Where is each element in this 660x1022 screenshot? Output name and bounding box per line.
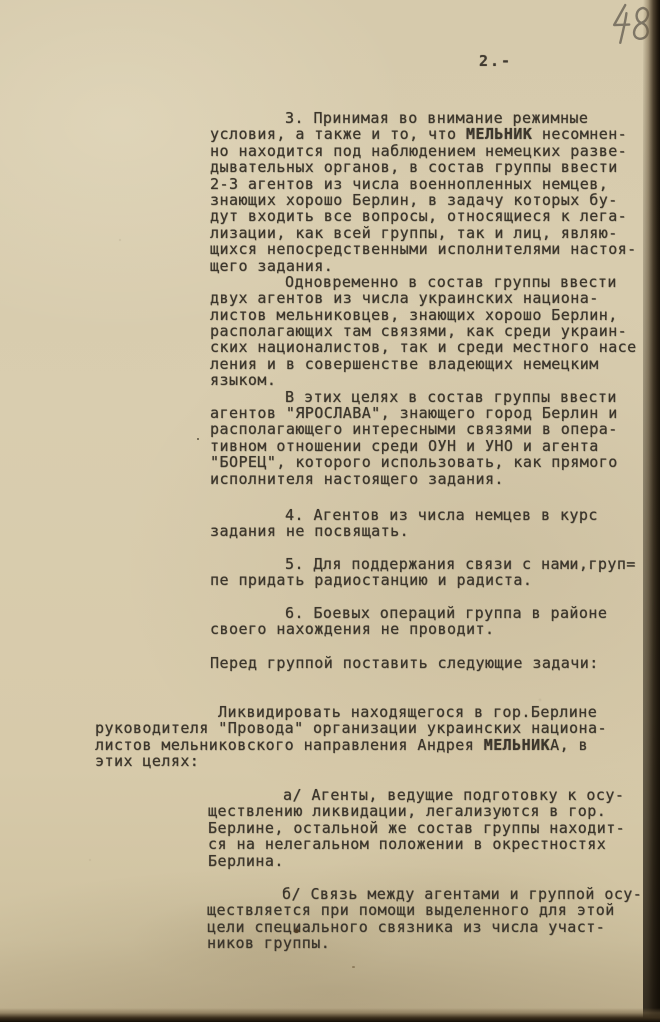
subparagraph-b: б/ Связь между агентами и группой осу-ще… — [207, 886, 642, 952]
text-line: 6. Боевых операций группа в районе — [210, 605, 607, 621]
text-line: пе придать радиостанцию и радиста. — [210, 572, 636, 588]
text-line: а/ Агенты, ведущие подготовку к осу- — [208, 787, 625, 803]
text-line: тивном отношении среди ОУН и УНО и агент… — [210, 438, 637, 454]
text-line: своего нахождения не проводит. — [210, 621, 607, 637]
text-line: ществлению ликвидации, легализуются в го… — [208, 803, 625, 819]
text-line: ществляется при помощи выделенного для э… — [207, 902, 642, 918]
text-line: Перед группой поставить следующие задачи… — [210, 655, 599, 671]
subparagraph-a: а/ Агенты, ведущие подготовку к осу-щест… — [208, 787, 625, 869]
text-line: ся на нелегальном положении в окрестност… — [208, 836, 625, 852]
text-line: 3. Принимая во внимание режимные — [210, 110, 637, 126]
text-line: лизации, как всей группы, так и лиц, явл… — [210, 225, 637, 241]
text-line: 4. Агентов из числа немцев в курс — [210, 507, 598, 523]
text-line: "БОРЕЦ", которого использовать, как прям… — [210, 454, 637, 470]
text-line: ских националистов, так и среди местного… — [210, 339, 637, 355]
text-line: условия, а также и то, что МЕЛЬНИК несом… — [210, 126, 637, 142]
text-line: языком. — [210, 372, 637, 388]
text-line: дывательных органов, в состав группы вве… — [210, 159, 637, 175]
text-line: руководителя "Провода" организации украи… — [95, 720, 607, 736]
paper-speck — [294, 929, 299, 933]
tasks-heading: Перед группой поставить следующие задачи… — [210, 655, 599, 671]
paragraph-4: 4. Агентов из числа немцев в курсзадания… — [210, 507, 598, 540]
text-line: но находится под наблюдением немецких ра… — [210, 143, 637, 159]
text-line: двух агентов из числа украинских национа… — [210, 290, 637, 306]
text-line: ников группы. — [207, 935, 642, 951]
text-line: ления и в совершенстве владеющих немецки… — [210, 356, 637, 372]
text-line: Одновременно в состав группы ввести — [210, 274, 637, 290]
paragraph-3: 3. Принимая во внимание режимныеусловия,… — [210, 110, 637, 487]
text-line: 5. Для поддержания связи с нами,груп= — [210, 556, 636, 572]
text-line: этих целях: — [95, 753, 607, 769]
text-line: цели специального связника из числа учас… — [207, 919, 642, 935]
text-line: В этих целях в состав группы ввести — [210, 389, 637, 405]
text-line: располагающих там связями, как среди укр… — [210, 323, 637, 339]
text-line: Ликвидировать находящегося в гор.Берлине — [95, 704, 607, 720]
text-line: щего задания. — [210, 258, 637, 274]
paragraph-6: 6. Боевых операций группа в районесвоего… — [210, 605, 607, 638]
paper-speck — [197, 438, 199, 440]
text-line: Берлина. — [208, 853, 625, 869]
text-line: дут входить все вопросы, относящиеся к л… — [210, 208, 637, 224]
text-line: задания не посвящать. — [210, 523, 598, 539]
text-line: листов мельниковского направления Андрея… — [95, 737, 607, 753]
text-line: исполнителя настоящего задания. — [210, 471, 637, 487]
text-line: Берлине, остальной же состав группы нахо… — [208, 820, 625, 836]
text-line: щихся непосредственными исполнителями на… — [210, 241, 637, 257]
text-line: располагающего интересными связями в опе… — [210, 421, 637, 437]
scan-edge-right — [643, 0, 660, 1022]
text-line: агентов "ЯРОСЛАВА", знающего город Берли… — [210, 405, 637, 421]
document-page: 2.- 3. Принимая во внимание режимныеусло… — [0, 0, 660, 1022]
text-line: б/ Связь между агентами и группой осу- — [207, 886, 642, 902]
paragraph-liquidation: Ликвидировать находящегося в гор.Берлине… — [95, 704, 607, 770]
typed-page-number: 2.- — [479, 52, 512, 70]
scan-edge-bottom — [0, 1008, 660, 1022]
text-line: знающих хорошо Берлин, в задачу которых … — [210, 192, 637, 208]
text-line: 2-3 агентов из числа военнопленных немце… — [210, 176, 637, 192]
paragraph-5: 5. Для поддержания связи с нами,груп=пе … — [210, 556, 636, 589]
paper-speck — [352, 966, 355, 968]
text-line: листов мельниковцев, знающих хорошо Берл… — [210, 307, 637, 323]
